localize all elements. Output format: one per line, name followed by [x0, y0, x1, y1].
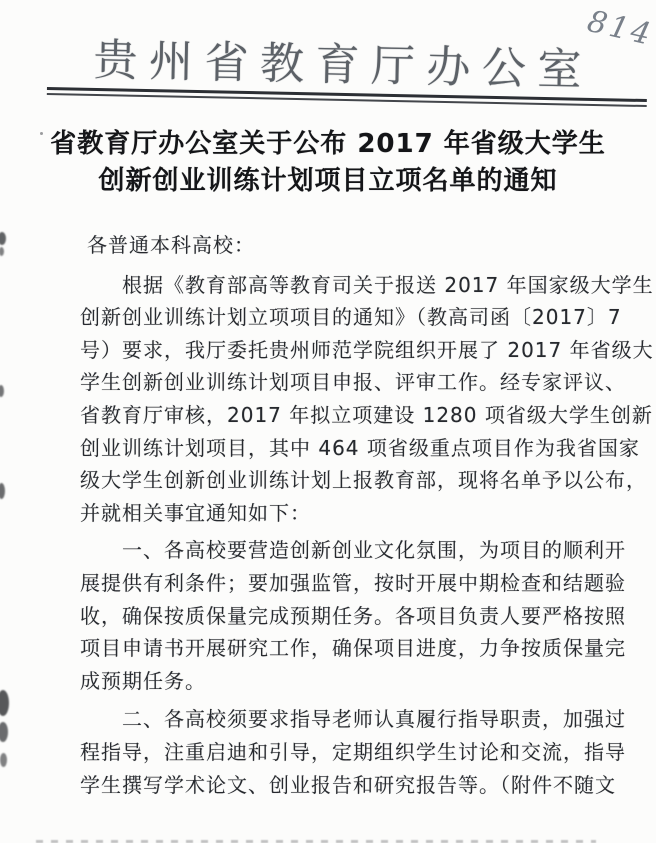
scan-artifact-blob	[0, 753, 7, 767]
scan-artifact-blob	[0, 690, 9, 716]
body-line: 级大学生创新创业训练计划上报教育部，现将名单予以公布，	[80, 464, 628, 497]
body-line: 号）要求，我厅委托贵州师范学院组织开展了 2017 年省级大	[80, 334, 628, 367]
body-line: 程指导，注重启迪和引导，定期组织学生讨论和交流，指导	[80, 736, 628, 769]
scan-artifact-blob	[0, 722, 8, 742]
paragraph-basis: 根据《教育部高等教育司关于报送 2017 年国家级大学生 创新创业训练计划立项项…	[80, 269, 628, 530]
body-line: 收，确保按质保量完成预期任务。各项目负责人要严格按照	[80, 600, 628, 633]
scan-artifact-blob	[0, 247, 4, 256]
body-line: 成预期任务。	[80, 665, 628, 698]
scan-artifact-speck	[40, 132, 43, 135]
scan-artifact-blob	[0, 232, 6, 245]
body-line: 学生创新创业训练计划项目申报、评审工作。经专家评议、	[80, 366, 628, 399]
body-line: 根据《教育部高等教育司关于报送 2017 年国家级大学生	[80, 269, 628, 302]
body-line: 省教育厅审核，2017 年拟立项建设 1280 项省级大学生创新	[80, 399, 628, 432]
paragraph-item-1: 一、各高校要营造创新创业文化氛围，为项目的顺利开 展提供有利条件；要加强监管，按…	[80, 534, 628, 697]
document-title-line1: 省教育厅办公室关于公布 2017 年省级大学生	[0, 126, 656, 163]
salutation: 各普通本科高校：	[80, 229, 628, 262]
scanned-document-page: 814 贵州省教育厅办公室 省教育厅办公室关于公布 2017 年省级大学生 创新…	[0, 0, 656, 843]
body-line: 展提供有利条件；要加强监管，按时开展中期检查和结题验	[80, 567, 628, 600]
body-line: 创业训练计划项目，其中 464 项省级重点项目作为我省国家	[80, 432, 628, 465]
letterhead: 贵州省教育厅办公室	[47, 36, 648, 107]
body-line: 学生撰写学术论文、创业报告和研究报告等。（附件不随文	[80, 769, 628, 802]
paragraph-item-2: 二、各高校须要求指导老师认真履行指导职责，加强过 程指导，注重启迪和引导，定期组…	[80, 703, 628, 801]
document-title: 省教育厅办公室关于公布 2017 年省级大学生 创新创业训练计划项目立项名单的通…	[0, 126, 656, 200]
scan-artifact-blob	[0, 385, 4, 397]
document-body: 各普通本科高校： 根据《教育部高等教育司关于报送 2017 年国家级大学生 创新…	[80, 229, 628, 801]
body-line: 创新创业训练计划立项项目的通知》（教高司函〔2017〕7	[80, 301, 628, 334]
letterhead-org-name: 贵州省教育厅办公室	[93, 37, 594, 95]
body-line: 一、各高校要营造创新创业文化氛围，为项目的顺利开	[80, 534, 628, 567]
body-line: 并就相关事宜通知如下：	[80, 497, 628, 530]
scan-artifact-blob	[0, 483, 5, 499]
document-title-line2: 创新创业训练计划项目立项名单的通知	[0, 163, 656, 200]
body-line: 二、各高校须要求指导老师认真履行指导职责，加强过	[80, 703, 628, 736]
body-line: 项目申请书开展研究工作，确保项目进度，力争按质保量完	[80, 632, 628, 665]
handwritten-page-number: 814	[584, 4, 656, 53]
